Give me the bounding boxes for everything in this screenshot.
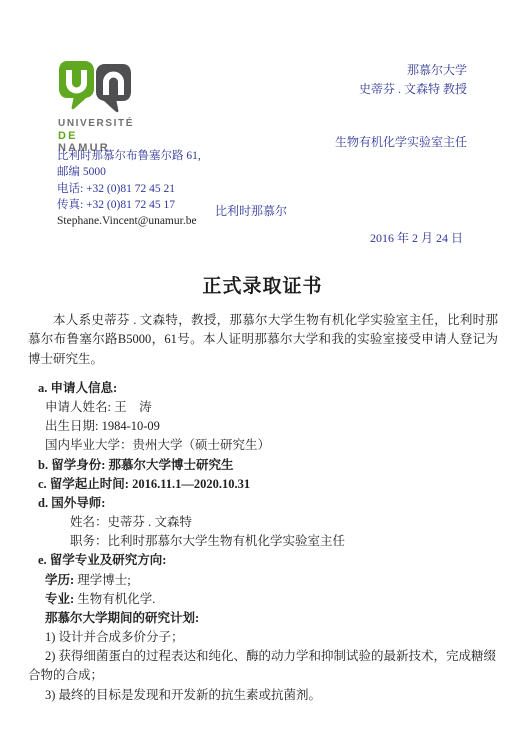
info-line: 那慕尔大学期间的研究计划:: [28, 609, 504, 628]
email-address: Stephane.Vincent@unamur.be: [57, 213, 201, 229]
info-line: 出生日期: 1984-10-09: [28, 417, 504, 436]
intro-paragraph: 本人系史蒂芬 . 文森特，教授，那慕尔大学生物有机化学实验室主任，比利时那慕尔布…: [28, 311, 498, 369]
info-line: 1) 设计并合成多价分子；: [28, 628, 504, 647]
info-line: 学历: 理学博士;: [28, 571, 504, 590]
university-logo: UNIVERSITÉ DE NAMUR: [58, 60, 134, 154]
phone-line: 电话: +32 (0)81 72 45 21: [57, 181, 201, 197]
document-title: 正式录取证书: [0, 271, 525, 298]
address-block: 比利时那慕尔布鲁塞尔路 61, 邮编 5000 电话: +32 (0)81 72…: [57, 148, 201, 229]
unamur-un-icon: [58, 60, 132, 116]
sender-university: 那慕尔大学: [359, 61, 467, 80]
info-line: 专业: 生物有机化学.: [28, 590, 504, 609]
info-line: 3) 最终的目标是发现和开发新的抗生素或抗菌剂。: [28, 686, 504, 705]
logo-caption-de: DE: [58, 130, 78, 142]
letter-date: 2016 年 2 月 24 日: [370, 229, 463, 246]
admission-letter-page: UNIVERSITÉ DE NAMUR 那慕尔大学 史蒂芬 . 文森特 教授 生…: [0, 0, 525, 751]
info-line: e. 留学专业及研究方向:: [28, 551, 504, 570]
sender-director-title: 生物有机化学实验室主任: [335, 133, 467, 150]
letter-place: 比利时那慕尔: [215, 202, 287, 219]
info-line: b. 留学身份: 那慕尔大学博士研究生: [28, 456, 504, 475]
sender-professor: 史蒂芬 . 文森特 教授: [359, 80, 467, 99]
info-line: c. 留学起止时间: 2016.11.1—2020.10.31: [28, 475, 504, 494]
fax-line: 传真: +32 (0)81 72 45 17: [57, 197, 201, 213]
info-line: 国内毕业大学：贵州大学（硕士研究生）: [28, 436, 504, 455]
info-line: 职务：比利时那慕尔大学生物有机化学实验室主任: [28, 532, 504, 551]
info-line: 2) 获得细菌蛋白的过程表达和纯化、酶的动力学和抑制试验的最新技术，完成糖缀: [28, 647, 504, 666]
address-line-1: 比利时那慕尔布鲁塞尔路 61,: [57, 148, 201, 164]
address-line-2: 邮编 5000: [57, 164, 201, 180]
info-line: a. 申请人信息:: [28, 379, 504, 398]
logo-caption-line1: UNIVERSITÉ: [58, 118, 134, 130]
sender-block: 那慕尔大学 史蒂芬 . 文森特 教授: [359, 61, 467, 98]
info-line: 姓名：史蒂芬 . 文森特: [28, 513, 504, 532]
info-line: 合物的合成；: [28, 666, 504, 685]
info-line: 申请人姓名: 王 涛: [28, 398, 504, 417]
info-line: d. 国外导师:: [28, 494, 504, 513]
info-list: a. 申请人信息:申请人姓名: 王 涛出生日期: 1984-10-09国内毕业大…: [28, 379, 504, 705]
